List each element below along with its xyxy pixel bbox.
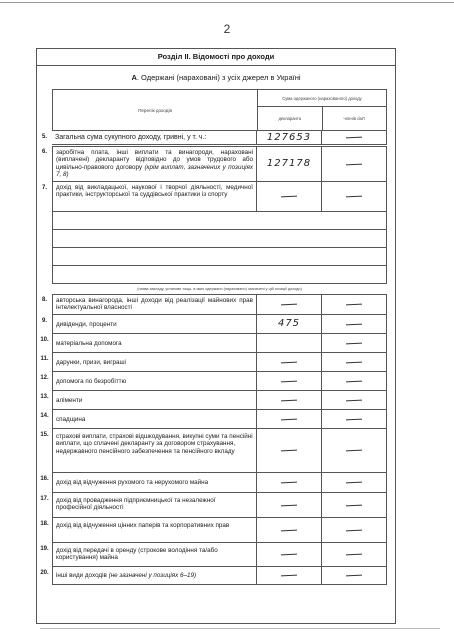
dash-mark bbox=[281, 482, 297, 484]
declarant-amount[interactable] bbox=[256, 334, 321, 353]
handwritten-value: 475 bbox=[278, 320, 300, 327]
table-row: 12. допомога по безробіттю bbox=[37, 372, 395, 391]
dash-mark bbox=[346, 361, 362, 363]
declarant-amount[interactable] bbox=[256, 182, 321, 212]
family-amount[interactable] bbox=[321, 131, 387, 145]
family-amount[interactable] bbox=[321, 391, 387, 410]
row-number: 19. bbox=[37, 543, 52, 567]
table-row: 9. дивіденди, проценти 475 bbox=[37, 315, 395, 334]
table-row: 17. дохід від провадження підприємницько… bbox=[37, 493, 395, 518]
dash-mark bbox=[281, 304, 297, 306]
family-amount[interactable] bbox=[321, 543, 387, 567]
family-amount[interactable] bbox=[321, 334, 387, 353]
row-number: 5. bbox=[37, 131, 52, 145]
family-amount[interactable] bbox=[321, 372, 387, 391]
header-income-list: Перелік доходів bbox=[53, 90, 258, 130]
blank-line[interactable] bbox=[53, 230, 386, 248]
row-description: дохід від викладацької, наукової і творч… bbox=[52, 182, 256, 212]
row-number: 9. bbox=[37, 315, 52, 334]
table-row: 5. Загальна сума сукупного доходу, гривн… bbox=[37, 131, 395, 145]
dash-mark bbox=[346, 137, 362, 139]
dash-mark bbox=[346, 418, 362, 420]
row-number: 16. bbox=[37, 473, 52, 493]
header-family: членів сім'ї bbox=[323, 107, 387, 130]
row-description: дохід від відчуження цінних паперів та к… bbox=[52, 518, 256, 543]
table-row: 7. дохід від викладацької, наукової і тв… bbox=[37, 182, 395, 212]
dash-mark bbox=[281, 196, 297, 198]
row-number: 17. bbox=[37, 493, 52, 518]
table-row: 10. матеріальна допомога bbox=[37, 334, 395, 353]
section-title: Розділ ІІ. Відомості про доходи bbox=[37, 49, 395, 66]
table-row: 8. авторська винагорода, інші доходи від… bbox=[37, 294, 395, 315]
table-row: 16. дохід від відчуження рухомого та нер… bbox=[37, 473, 395, 493]
family-amount[interactable] bbox=[321, 493, 387, 518]
subtitle-text: . Одержані (нараховані) з усіх джерел в … bbox=[137, 73, 301, 82]
dash-mark bbox=[281, 418, 297, 420]
family-amount[interactable] bbox=[321, 518, 387, 543]
declarant-amount[interactable] bbox=[256, 372, 321, 391]
row-description: заробітна плата, інші виплати та винагор… bbox=[52, 146, 256, 182]
dash-mark bbox=[281, 450, 297, 452]
table-row: 18. дохід від відчуження цінних паперів … bbox=[37, 518, 395, 543]
row-description: матеріальна допомога bbox=[52, 334, 256, 353]
row-number: 10. bbox=[37, 334, 52, 353]
table-row: 6. заробітна плата, інші виплати та вина… bbox=[37, 146, 395, 182]
dash-mark bbox=[346, 554, 362, 556]
row-description: страхові виплати, страхові відшкодування… bbox=[52, 429, 256, 473]
row-number: 8. bbox=[37, 294, 52, 315]
blank-line[interactable] bbox=[53, 248, 386, 266]
dash-mark bbox=[281, 554, 297, 556]
table-row: 14. спадщина bbox=[37, 410, 395, 429]
dash-mark bbox=[346, 380, 362, 382]
dash-mark bbox=[346, 323, 362, 325]
table-row: 15. страхові виплати, страхові відшкодув… bbox=[37, 429, 395, 473]
row-description: дивіденди, проценти bbox=[52, 315, 256, 334]
row-number: 11. bbox=[37, 353, 52, 372]
family-amount[interactable] bbox=[321, 315, 387, 334]
institution-lines bbox=[52, 212, 387, 284]
declarant-amount[interactable]: 127178 bbox=[256, 146, 321, 182]
table-row: 19. дохід від передачі в оренду (строков… bbox=[37, 543, 395, 567]
family-amount[interactable] bbox=[321, 410, 387, 429]
row-description: дохід від провадження підприємницької та… bbox=[52, 493, 256, 518]
header-declarant: декларанта bbox=[258, 107, 323, 130]
row-number: 7. bbox=[37, 182, 52, 212]
row-description: аліменти bbox=[52, 391, 256, 410]
dash-mark bbox=[346, 163, 362, 165]
handwritten-value: 127178 bbox=[267, 160, 311, 167]
family-amount[interactable] bbox=[321, 353, 387, 372]
dash-mark bbox=[346, 399, 362, 401]
dash-mark bbox=[281, 529, 297, 531]
dash-mark bbox=[346, 450, 362, 452]
header-amount: Сума одержаного (нарахованого) доходу bbox=[258, 90, 386, 107]
dash-mark bbox=[346, 342, 362, 344]
row-number: 18. bbox=[37, 518, 52, 543]
declarant-amount[interactable] bbox=[256, 567, 321, 585]
dash-mark bbox=[281, 361, 297, 363]
dash-mark bbox=[281, 504, 297, 506]
dash-mark bbox=[346, 504, 362, 506]
declarant-amount[interactable] bbox=[256, 493, 321, 518]
row-description: дохід від відчуження рухомого та нерухом… bbox=[52, 473, 256, 493]
family-amount[interactable] bbox=[321, 294, 387, 315]
income-rows: 5. Загальна сума сукупного доходу, гривн… bbox=[37, 131, 395, 585]
declarant-amount[interactable] bbox=[256, 294, 321, 315]
dash-mark bbox=[346, 304, 362, 306]
row-number: 12. bbox=[37, 372, 52, 391]
table-header: Перелік доходів Сума одержаного (нарахов… bbox=[52, 89, 387, 131]
dash-mark bbox=[346, 482, 362, 484]
declarant-amount[interactable] bbox=[256, 353, 321, 372]
family-amount[interactable] bbox=[321, 567, 387, 585]
declarant-amount[interactable]: 475 bbox=[256, 315, 321, 334]
faint-bottom-line bbox=[40, 628, 440, 629]
blank-line[interactable] bbox=[53, 266, 386, 283]
table-row: 20. інші види доходів (не зазначені у по… bbox=[37, 567, 395, 585]
income-section: Розділ ІІ. Відомості про доходи А. Одерж… bbox=[36, 48, 396, 624]
section-subtitle: А. Одержані (нараховані) з усіх джерел в… bbox=[37, 73, 395, 87]
handwritten-value: 127653 bbox=[267, 134, 311, 141]
dash-mark bbox=[281, 399, 297, 401]
row-number: 20. bbox=[37, 567, 52, 585]
row-description: авторська винагорода, інші доходи від ре… bbox=[52, 294, 256, 315]
dash-mark bbox=[346, 575, 362, 577]
row-description: дохід від передачі в оренду (строкове во… bbox=[52, 543, 256, 567]
family-amount[interactable] bbox=[321, 473, 387, 493]
row-description: дарунки, призи, виграші bbox=[52, 353, 256, 372]
dash-mark bbox=[281, 380, 297, 382]
row-description: спадщина bbox=[52, 410, 256, 429]
declarant-amount[interactable] bbox=[256, 473, 321, 493]
family-amount[interactable] bbox=[321, 429, 387, 473]
row-description: інші види доходів (не зазначені у позиці… bbox=[52, 567, 256, 585]
declarant-amount[interactable] bbox=[256, 391, 321, 410]
declarant-amount[interactable] bbox=[256, 410, 321, 429]
page-edge-line bbox=[0, 2, 454, 3]
family-amount[interactable] bbox=[321, 146, 387, 182]
page-number: 2 bbox=[0, 22, 454, 36]
row-number: 15. bbox=[37, 429, 52, 473]
table-row: 11. дарунки, призи, виграші bbox=[37, 353, 395, 372]
institution-caption: (назва закладу, установи тощо, в яких од… bbox=[52, 284, 387, 294]
declarant-amount[interactable] bbox=[256, 518, 321, 543]
dash-mark bbox=[346, 196, 362, 198]
row-description: допомога по безробіттю bbox=[52, 372, 256, 391]
row-number: 14. bbox=[37, 410, 52, 429]
row-description: Загальна сума сукупного доходу, гривні, … bbox=[52, 131, 256, 145]
row-number: 13. bbox=[37, 391, 52, 410]
dash-mark bbox=[281, 575, 297, 577]
blank-line[interactable] bbox=[53, 212, 386, 230]
declarant-amount[interactable]: 127653 bbox=[256, 131, 321, 145]
declarant-amount[interactable] bbox=[256, 429, 321, 473]
table-row: 13. аліменти bbox=[37, 391, 395, 410]
dash-mark bbox=[346, 529, 362, 531]
declarant-amount[interactable] bbox=[256, 543, 321, 567]
family-amount[interactable] bbox=[321, 182, 387, 212]
row-number: 6. bbox=[37, 146, 52, 182]
